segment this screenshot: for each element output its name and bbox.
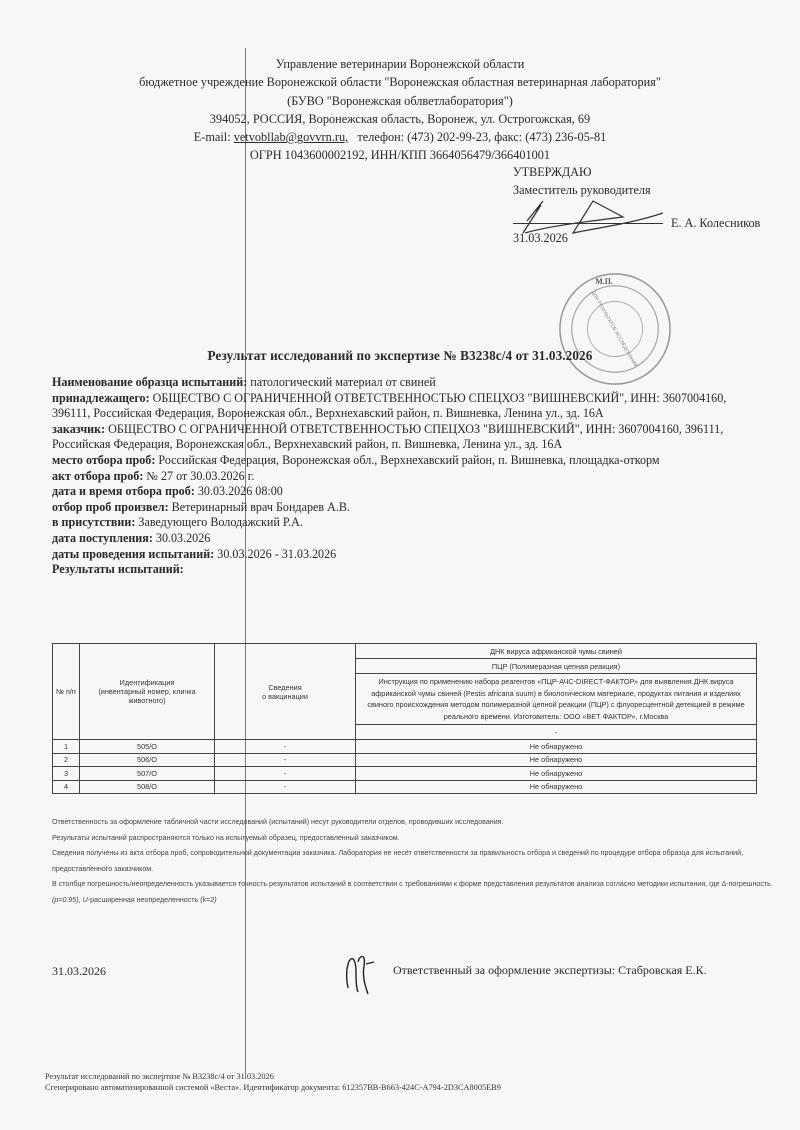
cell-no: 4 xyxy=(53,780,80,794)
contact-line: E-mail: vetvobllab@govvrn.ru, телефон: (… xyxy=(60,128,740,146)
field-value: 30.03.2026 xyxy=(156,531,210,545)
cell-no: 3 xyxy=(53,767,80,781)
field-row: акт отбора проб: № 27 от 30.03.2026 г. xyxy=(52,469,767,485)
header-identification-sub: (инвентарный номер, кличка животного) xyxy=(83,687,211,705)
field-value: Ветеринарный врач Бондарев А.В. xyxy=(172,500,350,514)
note-uncertainty-text: В столбце погрешность/неопределенность у… xyxy=(52,880,771,888)
cell-id: 508/О xyxy=(80,780,215,794)
email-link[interactable]: vetvobllab@govvrn.ru, xyxy=(234,130,348,144)
header-vaccination-title: Сведения xyxy=(218,683,352,692)
stamp-seal-icon: М.П. ДЛЯ РЕЗУЛЬТАТОВ ИССЛЕДОВАНИЙ xyxy=(556,270,674,388)
cell-result: Не обнаружено xyxy=(356,767,757,781)
document-identifier: Результат исследований по экспертизе № В… xyxy=(45,1071,501,1093)
cell-result: Не обнаружено xyxy=(356,780,757,794)
sample-info: Наименование образца испытаний: патологи… xyxy=(52,375,767,578)
cell-id: 505/О xyxy=(80,740,215,754)
note-scope: Результаты испытаний распространяются то… xyxy=(52,831,772,847)
header-method-document: Инструкция по применению набора реагенто… xyxy=(356,674,757,725)
table-row: 2506/О-Не обнаружено xyxy=(53,753,757,767)
institution-name: бюджетное учреждение Воронежской области… xyxy=(60,73,740,91)
header-norm: - xyxy=(356,725,757,740)
cell-vacc: - xyxy=(215,780,356,794)
field-label: отбор проб произвел: xyxy=(52,500,169,514)
field-label: в присутствии: xyxy=(52,515,135,529)
field-label: акт отбора проб: xyxy=(52,469,143,483)
cell-vacc: - xyxy=(215,753,356,767)
note-expanded: -расширенная неопределенность xyxy=(88,896,201,904)
note-responsibility: Ответственность за оформление табличной … xyxy=(52,815,772,831)
header-vaccination: Сведения о вакцинации xyxy=(215,644,356,740)
cell-result: Не обнаружено xyxy=(356,740,757,754)
field-label: принадлежащего: xyxy=(52,391,150,405)
field-label: дата поступления: xyxy=(52,531,153,545)
field-row: принадлежащего: ОБЩЕСТВО С ОГРАНИЧЕННОЙ … xyxy=(52,391,767,422)
stamp-label: М.П. xyxy=(595,277,612,286)
approver-name: Е. А. Колесников xyxy=(671,214,760,232)
note-source: Сведения получены из акта отбора проб, с… xyxy=(52,846,772,877)
cell-id: 507/О xyxy=(80,767,215,781)
organization-header: Управление ветеринарии Воронежской облас… xyxy=(60,55,740,165)
cell-vacc: - xyxy=(215,767,356,781)
responsible-person: Ответственный за оформление экспертизы: … xyxy=(393,963,707,978)
field-row: Результаты испытаний: xyxy=(52,562,767,578)
field-label: Результаты испытаний: xyxy=(52,562,184,576)
field-label: Наименование образца испытаний: xyxy=(52,375,247,389)
field-row: Наименование образца испытаний: патологи… xyxy=(52,375,767,391)
institution-short-name: (БУВО "Воронежская облветлаборатория") xyxy=(60,92,740,110)
institution-address: 394052, РОССИЯ, Воронежская область, Вор… xyxy=(60,110,740,128)
email-label: E-mail: xyxy=(194,130,231,144)
field-row: даты проведения испытаний: 30.03.2026 - … xyxy=(52,547,767,563)
table-row: 3507/О-Не обнаружено xyxy=(53,767,757,781)
note-coverage: (k=2) xyxy=(200,896,216,904)
header-identification: Идентификация (инвентарный номер, кличка… xyxy=(80,644,215,740)
bottom-generated: Сгенерировано автоматизированной системо… xyxy=(45,1082,501,1093)
field-row: заказчик: ОБЩЕСТВО С ОГРАНИЧЕННОЙ ОТВЕТС… xyxy=(52,422,767,453)
table-row: 1505/О-Не обнаружено xyxy=(53,740,757,754)
field-row: отбор проб произвел: Ветеринарный врач Б… xyxy=(52,500,767,516)
header-number: № п/п xyxy=(53,644,80,740)
field-value: ОБЩЕСТВО С ОГРАНИЧЕННОЙ ОТВЕТСТВЕННОСТЬЮ… xyxy=(52,391,726,421)
field-value: Заведующего Володажский Р.А. xyxy=(138,515,302,529)
header-identification-title: Идентификация xyxy=(83,678,211,687)
header-indicator: ДНК вируса африканской чумы свиней xyxy=(356,644,757,659)
cell-id: 506/О xyxy=(80,753,215,767)
notes: Ответственность за оформление табличной … xyxy=(52,815,772,908)
field-value: 30.03.2026 - 31.03.2026 xyxy=(217,547,336,561)
authority-name: Управление ветеринарии Воронежской облас… xyxy=(60,55,740,73)
document-title: Результат исследований по экспертизе № В… xyxy=(40,348,760,364)
approval-block: УТВЕРЖДАЮ Заместитель руководителя Е. А.… xyxy=(513,163,783,199)
signature-line xyxy=(513,223,663,224)
header-method: ПЦР (Полимеразная цепная реакция) xyxy=(356,659,757,674)
header-vaccination-sub: о вакцинации xyxy=(218,692,352,701)
cell-vacc: - xyxy=(215,740,356,754)
results-table: № п/п Идентификация (инвентарный номер, … xyxy=(52,643,757,794)
field-value: Российская Федерация, Воронежская обл., … xyxy=(158,453,659,467)
field-value: № 27 от 30.03.2026 г. xyxy=(146,469,254,483)
footer-date: 31.03.2026 xyxy=(52,964,106,979)
cell-result: Не обнаружено xyxy=(356,753,757,767)
field-row: дата и время отбора проб: 30.03.2026 08:… xyxy=(52,484,767,500)
field-label: дата и время отбора проб: xyxy=(52,484,195,498)
field-label: даты проведения испытаний: xyxy=(52,547,214,561)
field-value: ОБЩЕСТВО С ОГРАНИЧЕННОЙ ОТВЕТСТВЕННОСТЬЮ… xyxy=(52,422,723,452)
responsible-signature-icon xyxy=(340,948,380,998)
field-value: патологический материал от свиней xyxy=(250,375,435,389)
note-confidence: (p=0.95) xyxy=(52,896,79,904)
field-label: заказчик: xyxy=(52,422,105,436)
cell-no: 1 xyxy=(53,740,80,754)
field-label: место отбора проб: xyxy=(52,453,155,467)
field-row: место отбора проб: Российская Федерация,… xyxy=(52,453,767,469)
document-page: Управление ветеринарии Воронежской облас… xyxy=(0,0,800,1130)
field-row: в присутствии: Заведующего Володажский Р… xyxy=(52,515,767,531)
note-uncertainty: В столбце погрешность/неопределенность у… xyxy=(52,877,772,908)
table-row: 4508/О-Не обнаружено xyxy=(53,780,757,794)
field-value: 30.03.2026 08:00 xyxy=(198,484,283,498)
field-row: дата поступления: 30.03.2026 xyxy=(52,531,767,547)
phone-fax: телефон: (473) 202-99-23, факс: (473) 23… xyxy=(357,130,606,144)
approval-heading: УТВЕРЖДАЮ xyxy=(513,163,783,181)
approval-date: 31.03.2026 xyxy=(513,229,568,247)
bottom-title: Результат исследований по экспертизе № В… xyxy=(45,1071,501,1082)
cell-no: 2 xyxy=(53,753,80,767)
